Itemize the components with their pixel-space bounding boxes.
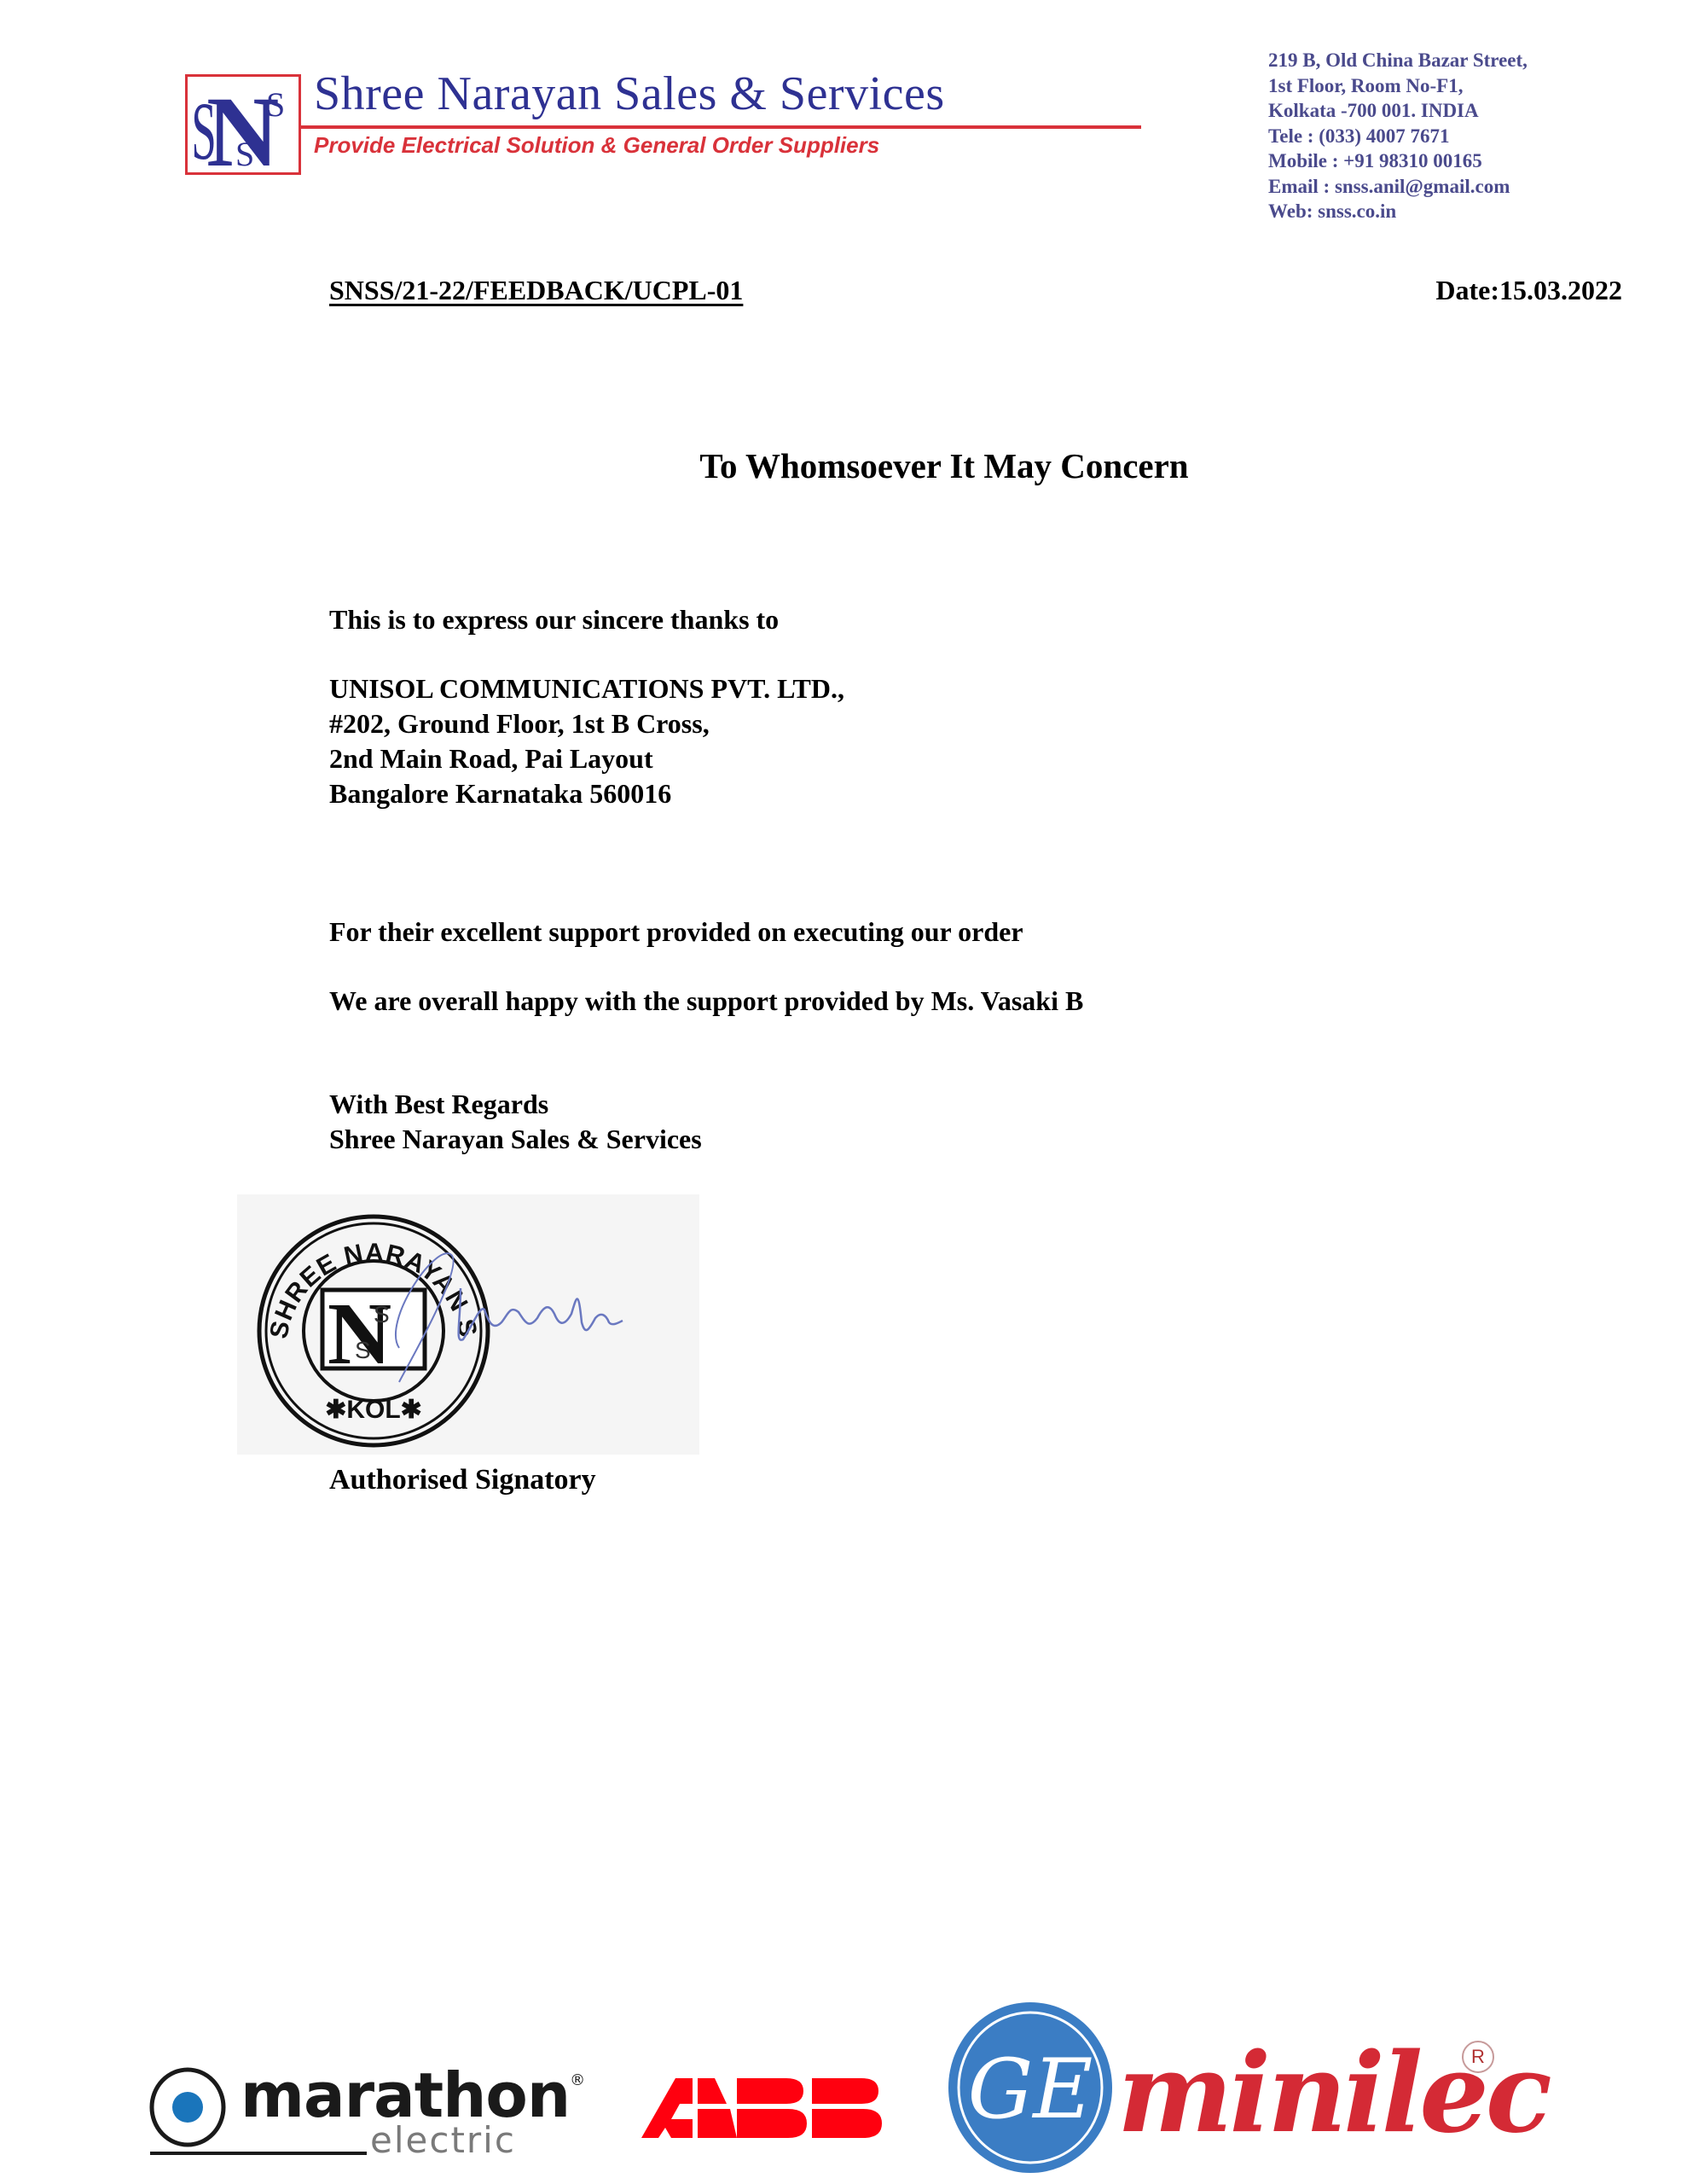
letter-date: Date:15.03.2022 bbox=[1435, 275, 1622, 306]
addressee-line: #202, Ground Floor, 1st B Cross, bbox=[329, 706, 844, 741]
addressee-company: UNISOL COMMUNICATIONS PVT. LTD., bbox=[329, 671, 844, 706]
seal-bottom-text: KOL bbox=[346, 1396, 400, 1424]
company-name: Shree Narayan Sales & Services bbox=[314, 70, 945, 118]
feedback-paragraph: We are overall happy with the support pr… bbox=[329, 984, 1083, 1019]
address-line: 1st Floor, Room No-F1, bbox=[1268, 73, 1528, 99]
email-line: Email : snss.anil@gmail.com bbox=[1268, 174, 1528, 200]
svg-text:N: N bbox=[328, 1285, 391, 1383]
registered-mark-icon: R bbox=[1462, 2041, 1494, 2073]
abb-wordmark-icon bbox=[641, 2078, 897, 2138]
company-seal-icon: SHREE NARAYAN SALES & SERVICES ✱KOL✱ N S… bbox=[237, 1194, 699, 1455]
company-tagline: Provide Electrical Solution & General Or… bbox=[314, 132, 879, 159]
marathon-electric-logo: marathon® electric bbox=[147, 2065, 590, 2167]
svg-text:S: S bbox=[235, 135, 254, 172]
closing-block: With Best Regards Shree Narayan Sales & … bbox=[329, 1087, 702, 1157]
svg-text:S: S bbox=[266, 85, 285, 124]
reference-number: SNSS/21-22/FEEDBACK/UCPL-01 bbox=[329, 275, 784, 306]
addressee-line: Bangalore Karnataka 560016 bbox=[329, 776, 844, 811]
authorised-signatory-label: Authorised Signatory bbox=[329, 1464, 596, 1496]
company-seal-and-signature: SHREE NARAYAN SALES & SERVICES ✱KOL✱ N S… bbox=[237, 1194, 699, 1455]
addressee-block: UNISOL COMMUNICATIONS PVT. LTD., #202, G… bbox=[329, 671, 844, 811]
minilec-logo: minilec R bbox=[1117, 2047, 1535, 2175]
ge-logo: GE bbox=[945, 1998, 1116, 2177]
web-line: Web: snss.co.in bbox=[1268, 199, 1528, 224]
sns-monogram-icon: S N S S bbox=[188, 77, 299, 172]
marathon-sub-wordmark: electric bbox=[370, 2119, 516, 2161]
header-divider bbox=[301, 125, 1141, 129]
company-address-block: 219 B, Old China Bazar Street, 1st Floor… bbox=[1268, 48, 1528, 224]
reference-number-text: SNSS/21-22/FEEDBACK/UCPL-01 bbox=[329, 275, 743, 305]
svg-text:GE: GE bbox=[968, 2042, 1093, 2137]
closing-salutation: With Best Regards bbox=[329, 1087, 702, 1122]
address-line: Kolkata -700 001. INDIA bbox=[1268, 98, 1528, 124]
phone-line: Tele : (033) 4007 7671 bbox=[1268, 124, 1528, 149]
svg-text:S: S bbox=[374, 1301, 390, 1327]
addressee-line: 2nd Main Road, Pai Layout bbox=[329, 741, 844, 776]
letter-subject: To Whomsoever It May Concern bbox=[0, 445, 1687, 486]
mobile-line: Mobile : +91 98310 00165 bbox=[1268, 148, 1528, 174]
ge-monogram-icon: GE bbox=[945, 1998, 1116, 2177]
abb-logo bbox=[641, 2078, 897, 2138]
intro-paragraph: This is to express our sincere thanks to bbox=[329, 602, 779, 637]
svg-text:S: S bbox=[355, 1337, 371, 1363]
closing-company: Shree Narayan Sales & Services bbox=[329, 1122, 702, 1157]
address-line: 219 B, Old China Bazar Street, bbox=[1268, 48, 1528, 73]
support-paragraph: For their excellent support provided on … bbox=[329, 915, 1023, 950]
svg-text:✱KOL✱: ✱KOL✱ bbox=[325, 1396, 422, 1424]
company-logo: S N S S bbox=[185, 74, 301, 175]
